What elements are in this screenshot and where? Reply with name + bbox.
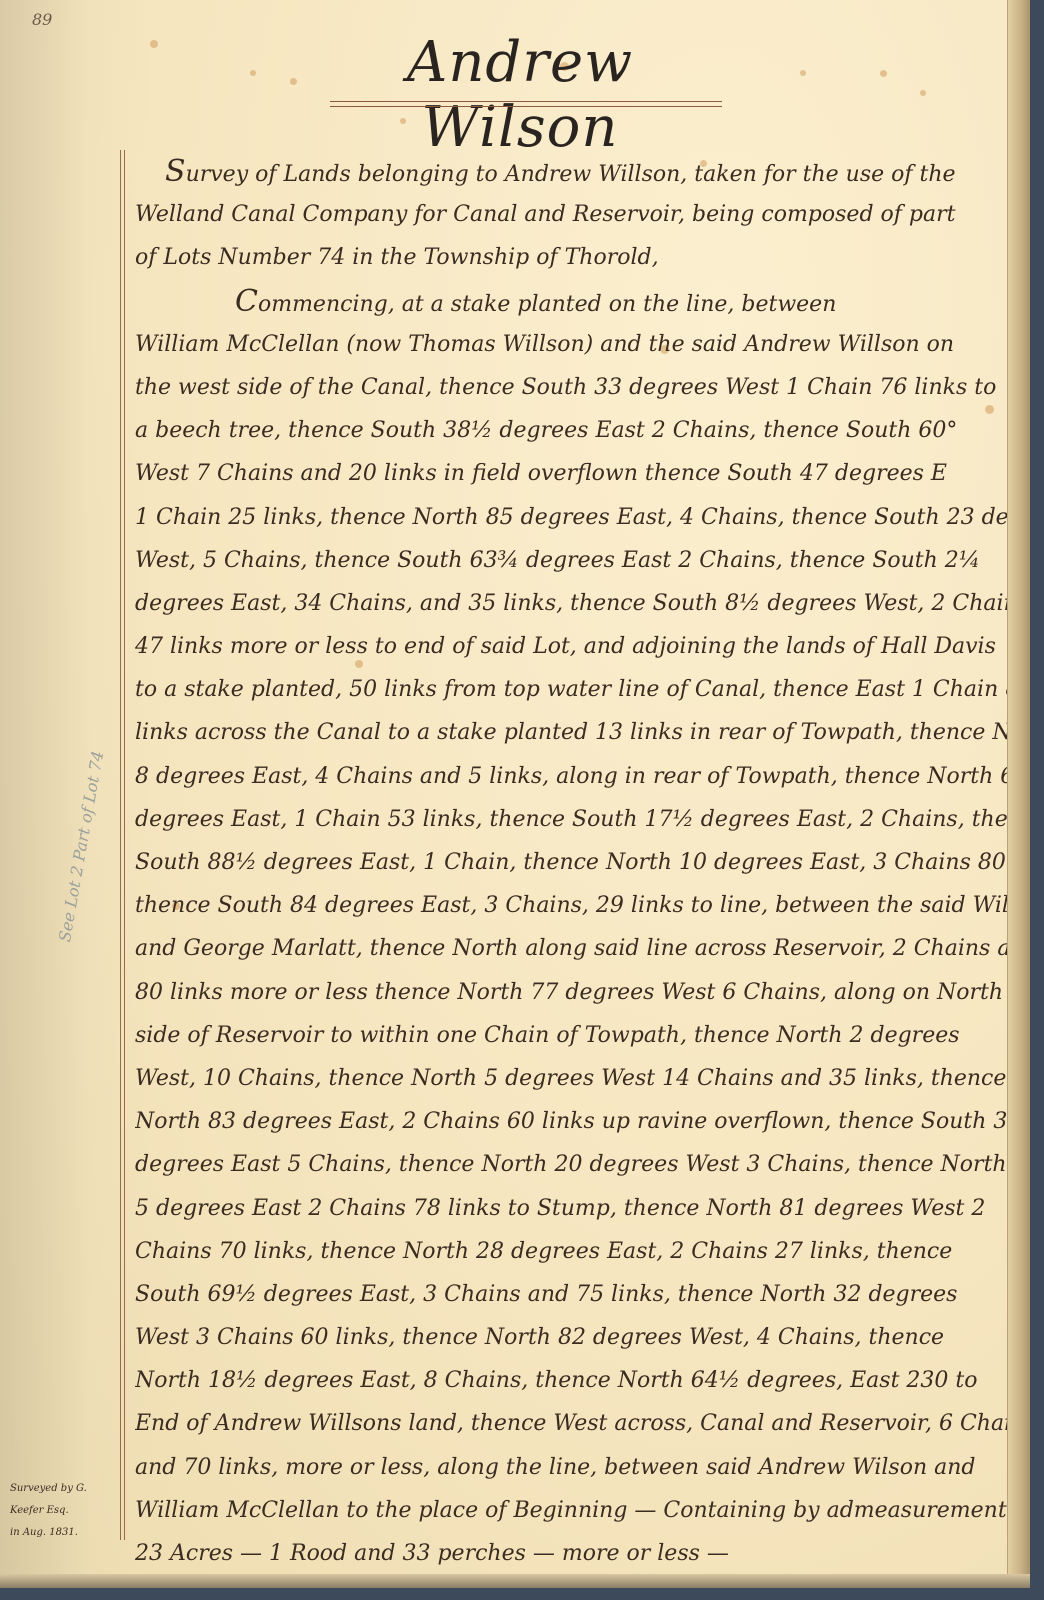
- text-line: 5 degrees East 2 Chains 78 links to Stum…: [135, 1187, 1010, 1230]
- page-number: 89: [32, 10, 52, 29]
- text-line: and George Marlatt, thence North along s…: [135, 927, 1010, 970]
- foxing-spot: [290, 78, 297, 85]
- gutter-shadow: [0, 0, 150, 1588]
- text-line: side of Reservoir to within one Chain of…: [135, 1014, 1010, 1057]
- text-line: the west side of the Canal, thence South…: [135, 366, 1010, 409]
- text-line: degrees East 5 Chains, thence North 20 d…: [135, 1143, 1010, 1186]
- surveyor-margin-note: Surveyed by G. Keefer Esq. in Aug. 1831.: [10, 1478, 120, 1544]
- page-title: Andrew Wilson: [310, 30, 730, 160]
- text-line: degrees East, 1 Chain 53 links, thence S…: [135, 798, 1010, 841]
- text-line: degrees East, 34 Chains, and 35 links, t…: [135, 582, 1010, 625]
- text-line: Survey of Lands belonging to Andrew Will…: [135, 150, 1010, 193]
- text-line: End of Andrew Willsons land, thence West…: [135, 1402, 1010, 1445]
- text-line: 8 degrees East, 4 Chains and 5 links, al…: [135, 755, 1010, 798]
- margin-note-line: Surveyed by G. Keefer Esq.: [10, 1478, 120, 1522]
- text-line: of Lots Number 74 in the Township of Tho…: [135, 236, 1010, 279]
- foxing-spot: [250, 70, 256, 76]
- text-line: 80 links more or less thence North 77 de…: [135, 971, 1010, 1014]
- text-line: South 88½ degrees East, 1 Chain, thence …: [135, 841, 1010, 884]
- foxing-spot: [880, 70, 887, 77]
- text-line: West 7 Chains and 20 links in field over…: [135, 452, 1010, 495]
- margin-note-line: in Aug. 1831.: [10, 1522, 120, 1544]
- survey-description: Survey of Lands belonging to Andrew Will…: [135, 150, 1010, 1575]
- text-line: to a stake planted, 50 links from top wa…: [135, 668, 1010, 711]
- text-line: South 69½ degrees East, 3 Chains and 75 …: [135, 1273, 1010, 1316]
- text-line: links across the Canal to a stake plante…: [135, 711, 1010, 754]
- text-line: Commencing, at a stake planted on the li…: [135, 280, 1010, 323]
- text-line: West, 10 Chains, thence North 5 degrees …: [135, 1057, 1010, 1100]
- text-line: thence South 84 degrees East, 3 Chains, …: [135, 884, 1010, 927]
- text-line: William McClellan to the place of Beginn…: [135, 1489, 1010, 1532]
- page-edge-bottom: [0, 1574, 1030, 1588]
- text-line: 23 Acres — 1 Rood and 33 perches — more …: [135, 1532, 1010, 1575]
- text-line: Welland Canal Company for Canal and Rese…: [135, 193, 1010, 236]
- text-line: William McClellan (now Thomas Willson) a…: [135, 323, 1010, 366]
- text-line: and 70 links, more or less, along the li…: [135, 1446, 1010, 1489]
- foxing-spot: [920, 90, 926, 96]
- text-line: North 83 degrees East, 2 Chains 60 links…: [135, 1100, 1010, 1143]
- text-line: West 3 Chains 60 links, thence North 82 …: [135, 1316, 1010, 1359]
- text-line: 47 links more or less to end of said Lot…: [135, 625, 1010, 668]
- text-line: West, 5 Chains, thence South 63¾ degrees…: [135, 539, 1010, 582]
- text-line: Chains 70 links, thence North 28 degrees…: [135, 1230, 1010, 1273]
- text-line: 1 Chain 25 links, thence North 85 degree…: [135, 496, 1010, 539]
- foxing-spot: [800, 70, 806, 76]
- text-line: North 18½ degrees East, 8 Chains, thence…: [135, 1359, 1010, 1402]
- margin-rule: [120, 150, 125, 1540]
- page-edge-right: [1007, 0, 1030, 1588]
- text-line: a beech tree, thence South 38½ degrees E…: [135, 409, 1010, 452]
- title-underline: [330, 101, 722, 107]
- ledger-page: 89 Andrew Wilson See Lot 2 Part of Lot 7…: [0, 0, 1030, 1588]
- foxing-spot: [150, 40, 158, 48]
